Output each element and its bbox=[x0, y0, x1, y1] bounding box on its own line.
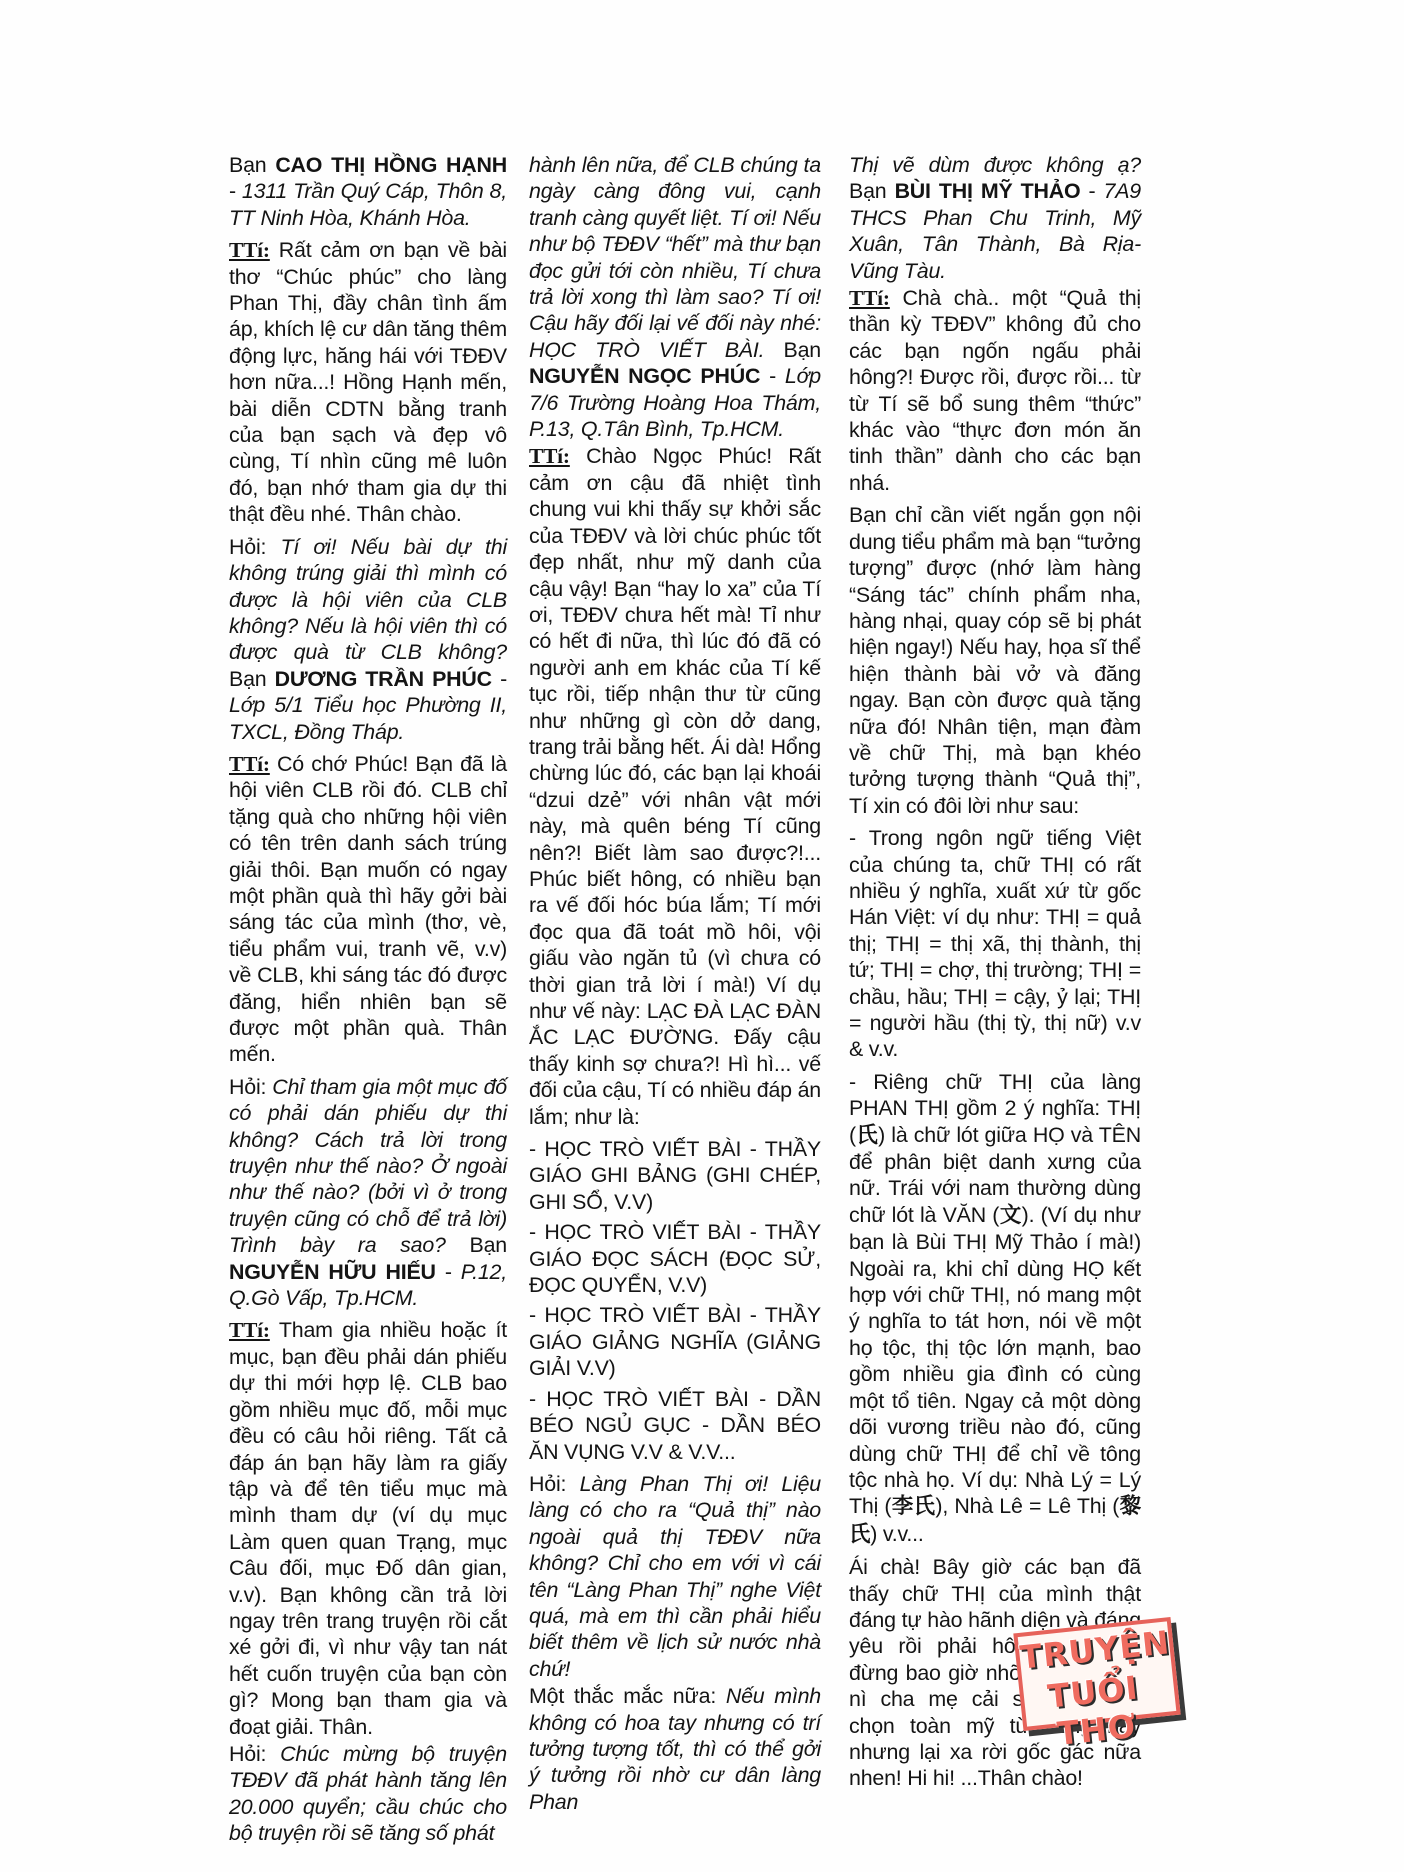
answer-item: - HỌC TRÒ VIẾT BÀI - THẦY GIÁO GHI BẢNG … bbox=[529, 1136, 821, 1215]
reply-label: TTí: bbox=[229, 752, 270, 776]
reply-paragraph: TTí: Chào Ngọc Phúc! Rất cảm ơn cậu đã n… bbox=[529, 443, 821, 1130]
question-continuation: hành lên nữa, để CLB chúng ta ngày càng … bbox=[529, 152, 821, 442]
question-paragraph: Một thắc mắc nữa: Nếu mình không có hoa … bbox=[529, 1683, 821, 1815]
reader-address: Lớp 5/1 Tiểu học Phường II, TXCL, Đồng T… bbox=[229, 693, 507, 743]
magazine-page: Bạn CAO THỊ HỒNG HẠNH - 1311 Trần Quý Cá… bbox=[0, 0, 1404, 1872]
question-label: Hỏi: bbox=[529, 1472, 580, 1496]
truyen-tuoi-tho-logo: TRUYỆN TUỔI THƠ bbox=[1010, 1615, 1180, 1733]
question-label: Một thắc mắc nữa: bbox=[529, 1684, 726, 1708]
reader-name: CAO THỊ HỒNG HẠNH bbox=[275, 153, 507, 177]
column-1: Bạn CAO THỊ HỒNG HẠNH - 1311 Trần Quý Cá… bbox=[229, 152, 507, 1853]
reply-paragraph: TTí: Rất cảm ơn bạn về bài thơ “Chúc phú… bbox=[229, 237, 507, 527]
reader-name: DƯƠNG TRẦN PHÚC bbox=[275, 667, 492, 691]
reply-label: TTí: bbox=[229, 1318, 270, 1342]
question-label: Hỏi: bbox=[229, 535, 281, 559]
reply-label: TTí: bbox=[229, 238, 270, 262]
reply-label: TTí: bbox=[849, 286, 890, 310]
answer-item: - HỌC TRÒ VIẾT BÀI - DẦN BÉO NGỦ GỤC - D… bbox=[529, 1386, 821, 1465]
question-label: Hỏi: bbox=[229, 1075, 272, 1099]
question-paragraph: Hỏi: Tí ơi! Nếu bài dự thi không trúng g… bbox=[229, 534, 507, 745]
letter-intro: Bạn CAO THỊ HỒNG HẠNH - 1311 Trần Quý Cá… bbox=[229, 152, 507, 231]
han-character-ly-thi: 李氏 bbox=[891, 1494, 935, 1519]
answer-item: - HỌC TRÒ VIẾT BÀI - THẦY GIÁO ĐỌC SÁCH … bbox=[529, 1219, 821, 1298]
question-label: Hỏi: bbox=[229, 1742, 280, 1766]
body-paragraph: - Trong ngôn ngữ tiếng Việt của chúng ta… bbox=[849, 825, 1141, 1063]
body-paragraph: - Riêng chữ THỊ của làng PHAN THỊ gồm 2 … bbox=[849, 1069, 1141, 1548]
question-paragraph: Hỏi: Làng Phan Thị ơi! Liệu làng có cho … bbox=[529, 1471, 821, 1682]
reader-name: NGUYỄN HỮU HIẾU bbox=[229, 1260, 436, 1284]
logo-line-2: TUỔI THƠ bbox=[1006, 1664, 1183, 1757]
reader-name: NGUYỄN NGỌC PHÚC bbox=[529, 364, 760, 388]
han-character-thi: 氏 bbox=[856, 1123, 878, 1148]
body-paragraph: Bạn chỉ cần viết ngắn gọn nội dung tiểu … bbox=[849, 502, 1141, 819]
question-continuation: Thị vẽ dùm được không ạ? Bạn BÙI THỊ MỸ … bbox=[849, 152, 1141, 284]
reader-name: BÙI THỊ MỸ THẢO bbox=[895, 179, 1081, 203]
han-character-van: 文 bbox=[999, 1203, 1021, 1228]
answer-item: - HỌC TRÒ VIẾT BÀI - THẦY GIÁO GIẢNG NGH… bbox=[529, 1302, 821, 1381]
reply-label: TTí: bbox=[529, 444, 570, 468]
reply-paragraph: TTí: Chà chà.. một “Quả thị thần kỳ TĐĐV… bbox=[849, 285, 1141, 496]
reply-paragraph: TTí: Tham gia nhiều hoặc ít mục, bạn đều… bbox=[229, 1317, 507, 1740]
question-paragraph: Hỏi: Chỉ tham gia một mục đố có phải dán… bbox=[229, 1074, 507, 1312]
question-paragraph: Hỏi: Chúc mừng bộ truyện TĐĐV đã phát hà… bbox=[229, 1741, 507, 1847]
column-2: hành lên nữa, để CLB chúng ta ngày càng … bbox=[529, 152, 821, 1821]
reader-address: 1311 Trần Quý Cáp, Thôn 8, TT Ninh Hòa, … bbox=[229, 179, 507, 229]
reply-paragraph: TTí: Có chớ Phúc! Bạn đã là hội viên CLB… bbox=[229, 751, 507, 1068]
column-3: Thị vẽ dùm được không ạ? Bạn BÙI THỊ MỸ … bbox=[849, 152, 1141, 1798]
